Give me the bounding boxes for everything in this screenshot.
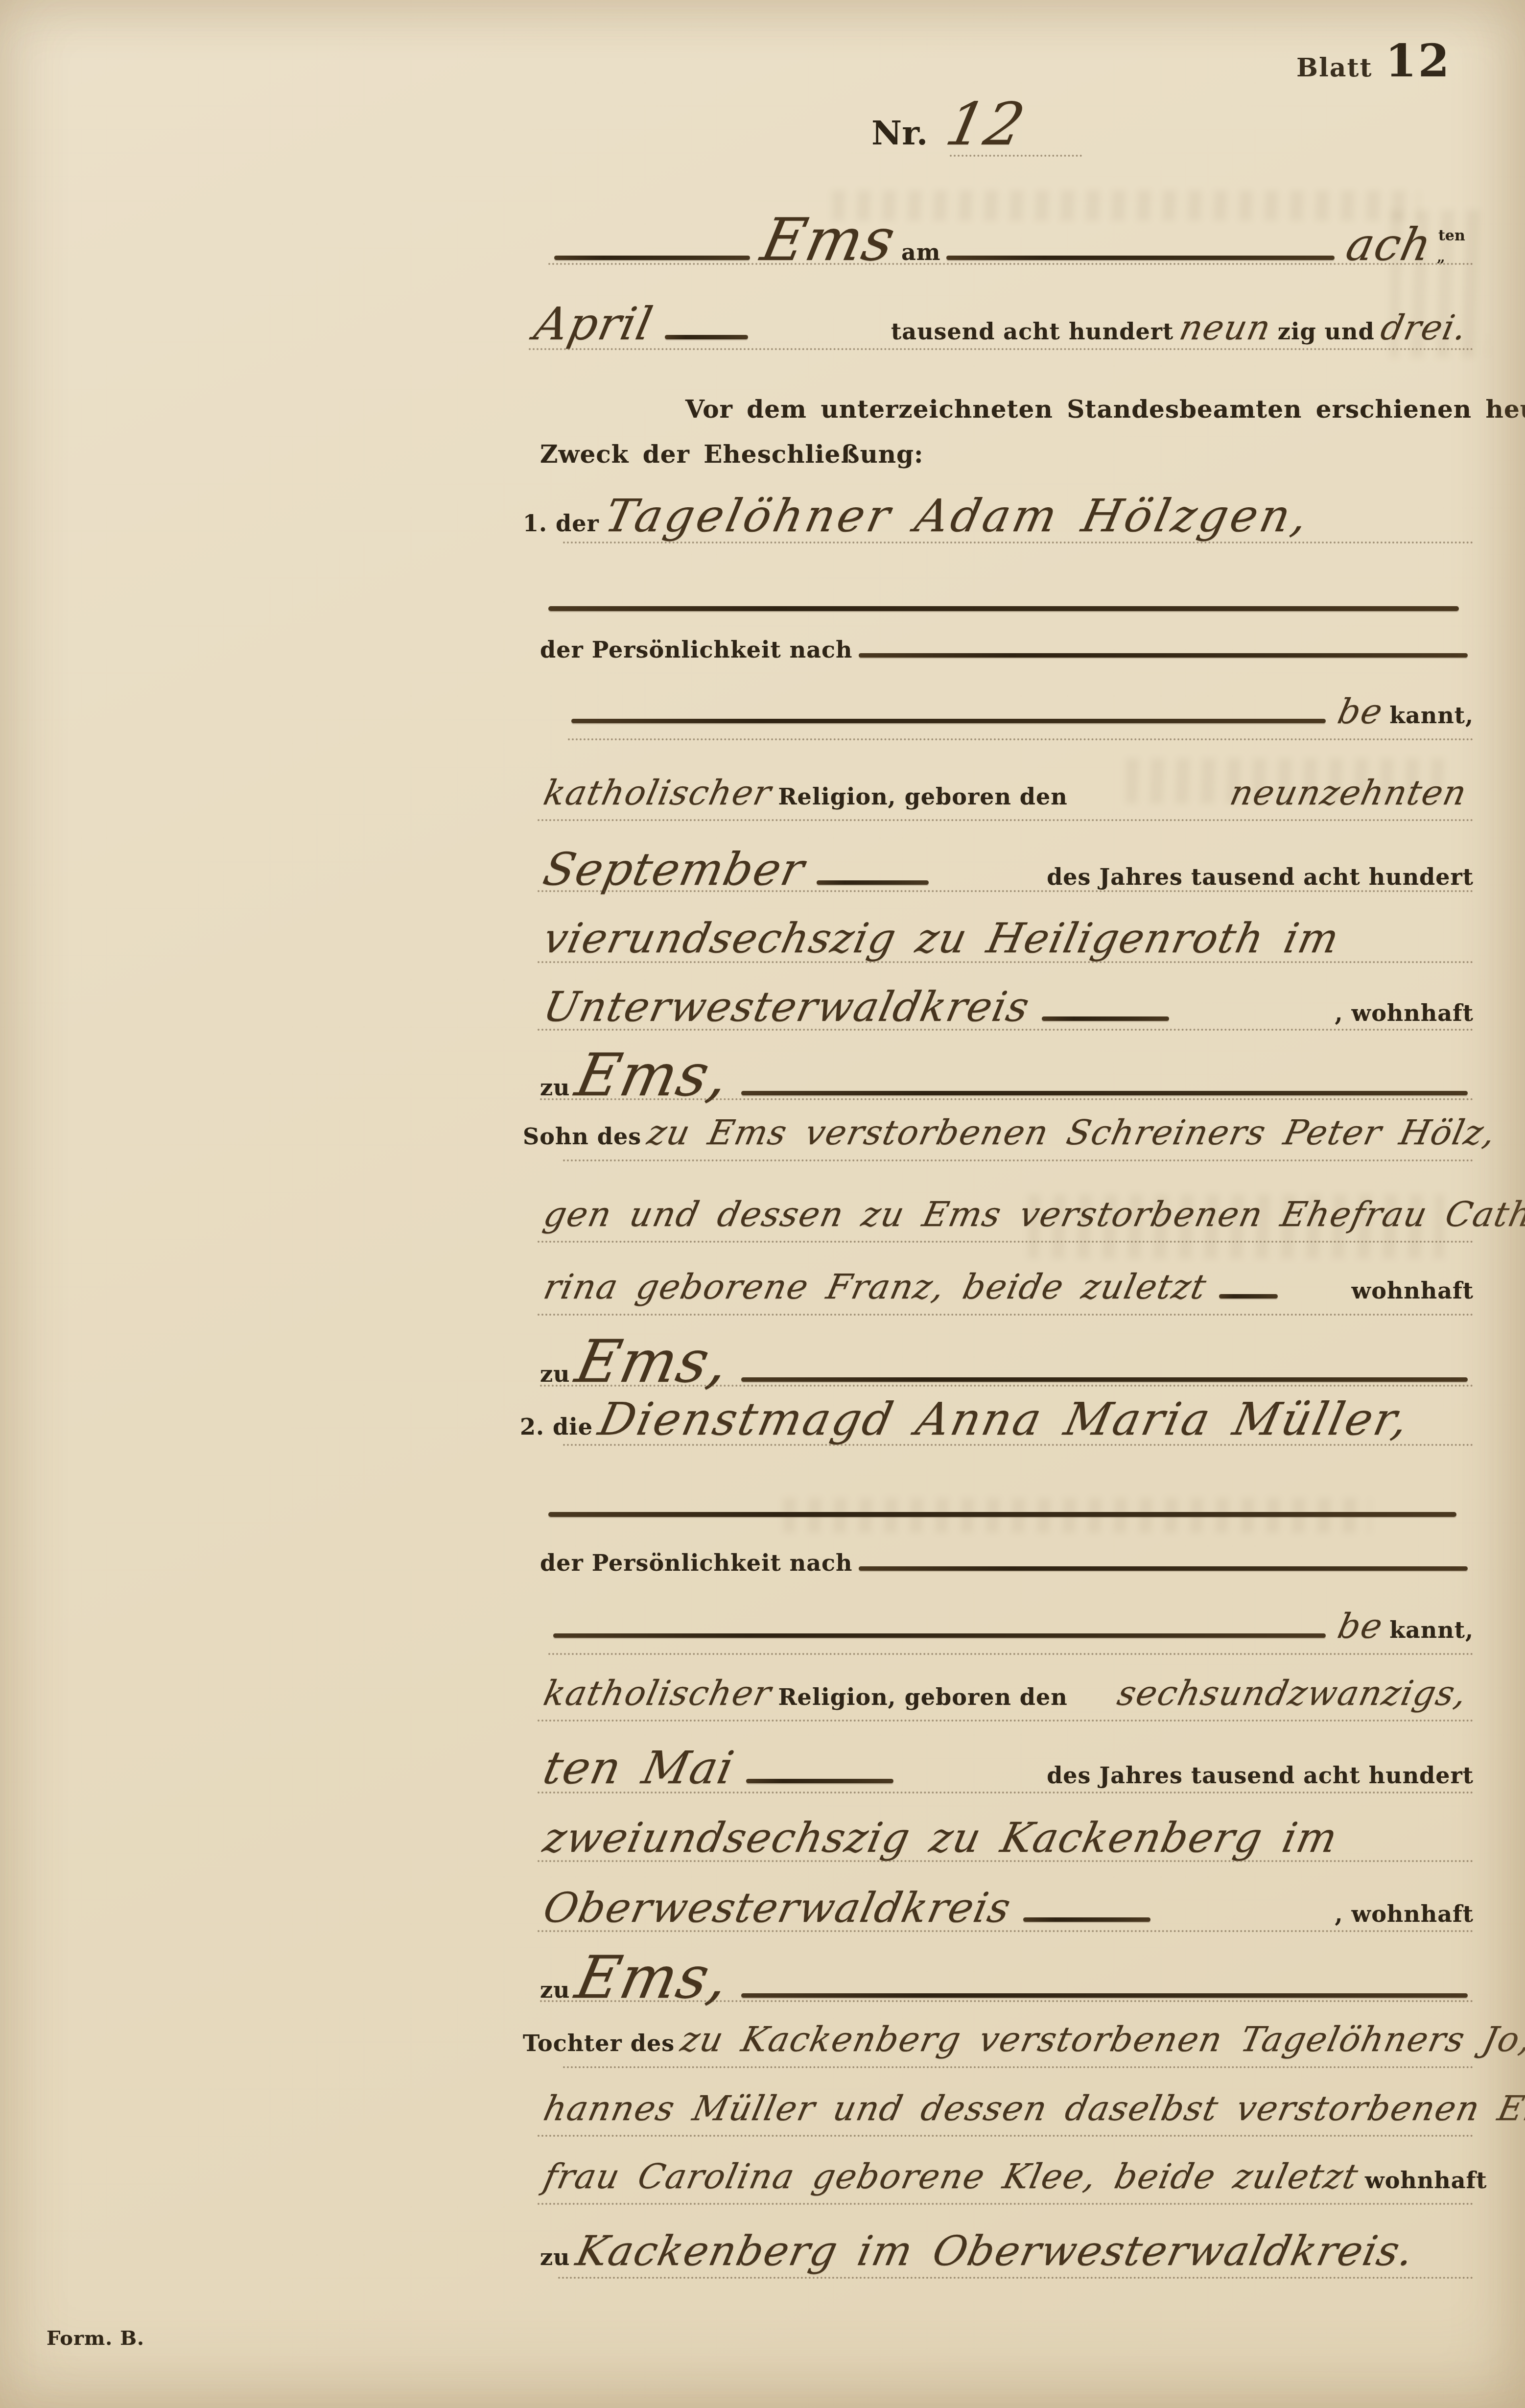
dotted-rule xyxy=(540,1098,1474,1100)
marriage-register-page: Blatt 12 Nr. 12 Ems am ach ten „ April t… xyxy=(0,0,1525,2408)
bride-religion-line: katholischer Religion, geboren den sechs… xyxy=(538,1673,1474,1713)
bride-birth-day-handwritten: sechsundzwanzigs, xyxy=(1114,1673,1471,1713)
year-printed-1: tausend acht hundert xyxy=(891,318,1173,345)
groom-zu-label: zu xyxy=(540,1074,570,1101)
crossed-blank xyxy=(741,1377,1468,1382)
record-number: Nr. 12 xyxy=(871,91,1031,159)
bride-birth-month-line: ten Mai des Jahres tausend acht hundert xyxy=(538,1742,1474,1794)
bride-parents-line-3: frau Carolina geborene Klee, beide zulet… xyxy=(538,2156,1474,2196)
groom-birth-year-label: des Jahres tausend acht hundert xyxy=(1047,864,1474,890)
bride-parents-residence-handwritten: Kackenberg im Oberwesterwaldkreis. xyxy=(572,2227,1419,2275)
sheet-number: 12 xyxy=(1385,34,1451,87)
form-designation: Form. B. xyxy=(47,2327,144,2350)
groom-identity-label: der Persönlichkeit nach xyxy=(540,637,853,663)
bride-birth-district-handwritten: Oberwesterwaldkreis xyxy=(540,1884,1016,1932)
groom-parents-handwritten-1: zu Ems verstorbenen Schreiners Peter Höl… xyxy=(644,1112,1500,1153)
groom-identity-line: der Persönlichkeit nach xyxy=(540,637,1474,663)
bride-birth-year-label: des Jahres tausend acht hundert xyxy=(1047,1762,1474,1789)
groom-birth-day-handwritten: neunzehnten xyxy=(1226,773,1471,813)
bride-filiation-line: Tochter des zu Kackenberg verstorbenen T… xyxy=(523,2019,1474,2059)
groom-name-handwritten: Tagelöhner Adam Hölzgen, xyxy=(600,490,1315,542)
bride-parents-handwritten-3: frau Carolina geborene Klee, beide zulet… xyxy=(540,2156,1362,2196)
crossed-blank-line xyxy=(548,606,1459,611)
bride-birth-year-line: zweiundsechszig zu Kackenberg im xyxy=(538,1814,1474,1862)
groom-birth-month-line: September des Jahres tausend acht hunder… xyxy=(538,843,1474,896)
bride-wohnhaft-label: , wohnhaft xyxy=(1335,1901,1474,1927)
sheet-label: Blatt xyxy=(1296,53,1372,83)
year-unit-handwritten: drei. xyxy=(1377,307,1471,348)
dotted-rule xyxy=(548,263,1474,265)
groom-parents-handwritten-2: gen und dessen zu Ems verstorbenen Ehefr… xyxy=(540,1194,1525,1234)
crossed-blank xyxy=(554,256,750,260)
crossed-blank xyxy=(665,335,748,339)
crossed-blank xyxy=(1219,1294,1278,1298)
groom-religion-handwritten: katholischer xyxy=(540,773,775,813)
intro-line-1: Vor dem unterzeichneten Standesbeamten e… xyxy=(685,395,1525,424)
dotted-rule xyxy=(563,1444,1474,1446)
crossed-blank-line xyxy=(548,1512,1456,1517)
dotted-rule xyxy=(538,1314,1474,1316)
bride-known-line: be kannt, xyxy=(547,1606,1474,1646)
bride-parents-zu-label: zu xyxy=(540,2244,570,2270)
bride-identity-line: der Persönlichkeit nach xyxy=(540,1550,1474,1576)
crossed-blank xyxy=(1023,1917,1150,1922)
bride-parents-handwritten-1: zu Kackenberg verstorbenen Tagelöhners J… xyxy=(677,2019,1525,2059)
bride-parents-residence-line: zu Kackenberg im Oberwesterwaldkreis. xyxy=(540,2227,1474,2275)
record-number-label: Nr. xyxy=(871,114,928,153)
bride-name-handwritten: Dienstmagd Anna Maria Müller, xyxy=(594,1393,1415,1445)
bride-religion-label: Religion, geboren den xyxy=(778,1684,1067,1710)
groom-birth-year-line: vierundsechszig zu Heiligenroth im xyxy=(538,914,1474,962)
crossed-blank xyxy=(946,256,1335,260)
bride-name-line: 2. die Dienstmagd Anna Maria Müller, xyxy=(520,1393,1474,1445)
groom-religion-line: katholischer Religion, geboren den neunz… xyxy=(538,773,1474,813)
bride-zu-label: zu xyxy=(540,1977,570,2003)
dotted-rule xyxy=(538,1029,1474,1031)
am-label: am xyxy=(901,239,940,265)
dotted-rule xyxy=(548,1653,1474,1655)
groom-parents-zu-label: zu xyxy=(540,1361,570,1387)
groom-parents-line-2: gen und dessen zu Ems verstorbenen Ehefr… xyxy=(538,1194,1474,1234)
dotted-rule xyxy=(563,2066,1474,2068)
crossed-blank xyxy=(859,1566,1468,1571)
crossed-blank xyxy=(1042,1016,1169,1021)
dotted-rule xyxy=(568,738,1474,740)
record-number-value: 12 xyxy=(940,91,1032,159)
intro-text-1: Vor dem unterzeichneten Standesbeamten e… xyxy=(685,395,1525,424)
dotted-rule xyxy=(529,348,1474,350)
bride-index-label: 2. die xyxy=(520,1414,593,1440)
crossed-blank xyxy=(553,1633,1326,1638)
dotted-rule xyxy=(540,1385,1474,1387)
form-label: Form. B. xyxy=(47,2327,144,2350)
crossed-blank xyxy=(571,719,1326,723)
groom-filiation-label: Sohn des xyxy=(523,1123,641,1150)
crossed-blank xyxy=(746,1779,893,1783)
groom-birth-year-handwritten: vierundsechszig zu Heiligenroth im xyxy=(540,914,1344,962)
crossed-blank xyxy=(741,1091,1468,1095)
day-suffix-label: ten xyxy=(1438,227,1465,244)
year-printed-2: zig und xyxy=(1278,318,1375,345)
dotted-rule xyxy=(538,1860,1474,1862)
date-year-line: April tausend acht hundert neun zig und … xyxy=(529,298,1474,350)
bride-identity-label: der Persönlichkeit nach xyxy=(540,1550,853,1576)
groom-parents-handwritten-3: rina geborene Franz, beide zuletzt xyxy=(540,1267,1210,1307)
sheet-stamp: Blatt 12 xyxy=(1296,34,1451,87)
groom-index-label: 1. der xyxy=(523,510,599,537)
groom-filiation-line: Sohn des zu Ems verstorbenen Schreiners … xyxy=(523,1112,1474,1153)
groom-known-handwritten: be xyxy=(1334,691,1387,732)
bride-known-handwritten: be xyxy=(1334,1606,1387,1646)
dotted-rule xyxy=(538,819,1474,821)
intro-line-2: Zweck der Eheschließung: xyxy=(540,440,924,469)
groom-birth-month-handwritten: September xyxy=(539,843,810,896)
dotted-rule xyxy=(950,155,1082,157)
year-decade-handwritten: neun xyxy=(1176,307,1275,348)
dotted-rule xyxy=(540,2000,1474,2002)
bride-religion-handwritten: katholischer xyxy=(540,1673,775,1713)
dotted-rule xyxy=(538,2135,1474,2137)
bride-birth-month-handwritten: ten Mai xyxy=(539,1742,739,1794)
dotted-rule xyxy=(538,2203,1474,2205)
bride-parents-wohnhaft-label: wohnhaft xyxy=(1365,2167,1487,2194)
groom-wohnhaft-label: , wohnhaft xyxy=(1335,1000,1474,1026)
dotted-rule xyxy=(538,1241,1474,1243)
dotted-rule xyxy=(563,542,1474,543)
intro-text-2: Zweck der Eheschließung: xyxy=(540,440,924,469)
groom-parents-wohnhaft-label: wohnhaft xyxy=(1352,1277,1474,1304)
groom-religion-label: Religion, geboren den xyxy=(778,783,1067,810)
dotted-rule xyxy=(538,1930,1474,1932)
crossed-blank xyxy=(817,880,929,885)
groom-known-label: kannt, xyxy=(1389,702,1474,729)
dotted-rule xyxy=(558,2277,1474,2279)
crossed-blank xyxy=(741,1993,1468,1998)
groom-name-line: 1. der Tagelöhner Adam Hölzgen, xyxy=(523,490,1474,542)
crossed-blank xyxy=(859,653,1468,658)
month-handwritten: April xyxy=(530,298,658,350)
dotted-rule xyxy=(538,890,1474,892)
bride-known-label: kannt, xyxy=(1389,1617,1474,1643)
bride-parents-handwritten-2: hannes Müller und dessen daselbst versto… xyxy=(540,2088,1525,2128)
bride-birth-year-handwritten: zweiundsechszig zu Kackenberg im xyxy=(540,1814,1342,1862)
groom-district-line: Unterwesterwaldkreis , wohnhaft xyxy=(538,983,1474,1031)
bride-filiation-label: Tochter des xyxy=(523,2030,675,2056)
bride-parents-line-2: hannes Müller und dessen daselbst versto… xyxy=(538,2088,1474,2128)
dotted-rule xyxy=(538,1792,1474,1794)
groom-birth-district-handwritten: Unterwesterwaldkreis xyxy=(540,983,1034,1031)
groom-known-line: be kannt, xyxy=(565,691,1474,732)
bride-district-line: Oberwesterwaldkreis , wohnhaft xyxy=(538,1884,1474,1932)
dotted-rule xyxy=(538,1720,1474,1722)
dotted-rule xyxy=(563,1159,1474,1161)
dotted-rule xyxy=(538,961,1474,963)
groom-parents-line-3: rina geborene Franz, beide zuletzt wohnh… xyxy=(538,1267,1474,1307)
